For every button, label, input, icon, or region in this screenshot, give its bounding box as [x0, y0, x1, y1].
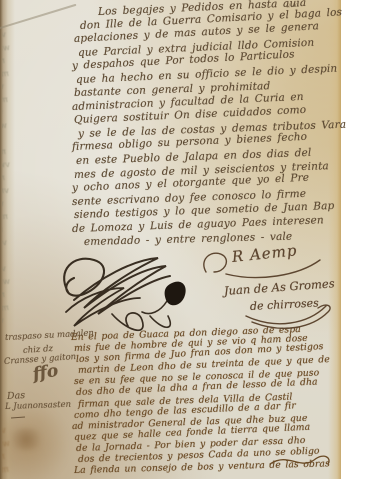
bleedthrough-line: wmv nvwn — [2, 120, 7, 134]
lower-text-block: En el poa de Guaca pa don diego aso de e… — [71, 332, 339, 476]
bleedthrough-line: vwn mvn w — [2, 81, 4, 94]
bleedthrough-line: vwn mvn w — [2, 315, 4, 329]
manuscript-scan-page: aua mwvn vnwv mvnm wnv vnwmv nvwnnv wvm … — [0, 0, 370, 479]
bleedthrough-line: nv wvm nvw v — [2, 55, 5, 69]
margin-note: Das — [7, 390, 26, 402]
margin-note: L Juanonsasten — [5, 400, 71, 412]
bleedthrough-line: vnm wnv vn — [2, 185, 9, 199]
main-text-block: Los begajes y Pedidos en hasta auiadon I… — [72, 6, 334, 250]
bleedthrough-line: mwvn vnwv m — [2, 94, 8, 109]
bleedthrough-line: nv wvm nvw v — [2, 211, 8, 224]
bleedthrough-line: mnw vnv wn — [2, 146, 6, 159]
paper-sheet: aua mwvn vnwv mvnm wnv vnwmv nvwnnv wvm … — [0, 0, 341, 479]
bleedthrough-column: mwvn vnwv mvnm wnv vnwmv nvwnnv wvm nvw … — [2, 16, 68, 332]
bleedthrough-line: mnw vnv wn — [2, 464, 9, 476]
notary-mark: ffo — [31, 361, 59, 385]
bleedthrough-line: wmv nvwn — [2, 276, 10, 289]
bleedthrough-line: vwn mvn w — [2, 237, 7, 254]
bleedthrough-bottom: mwvn vnwv mvnm wnv vnwmv nvwnnv wvm nvw … — [2, 412, 66, 476]
